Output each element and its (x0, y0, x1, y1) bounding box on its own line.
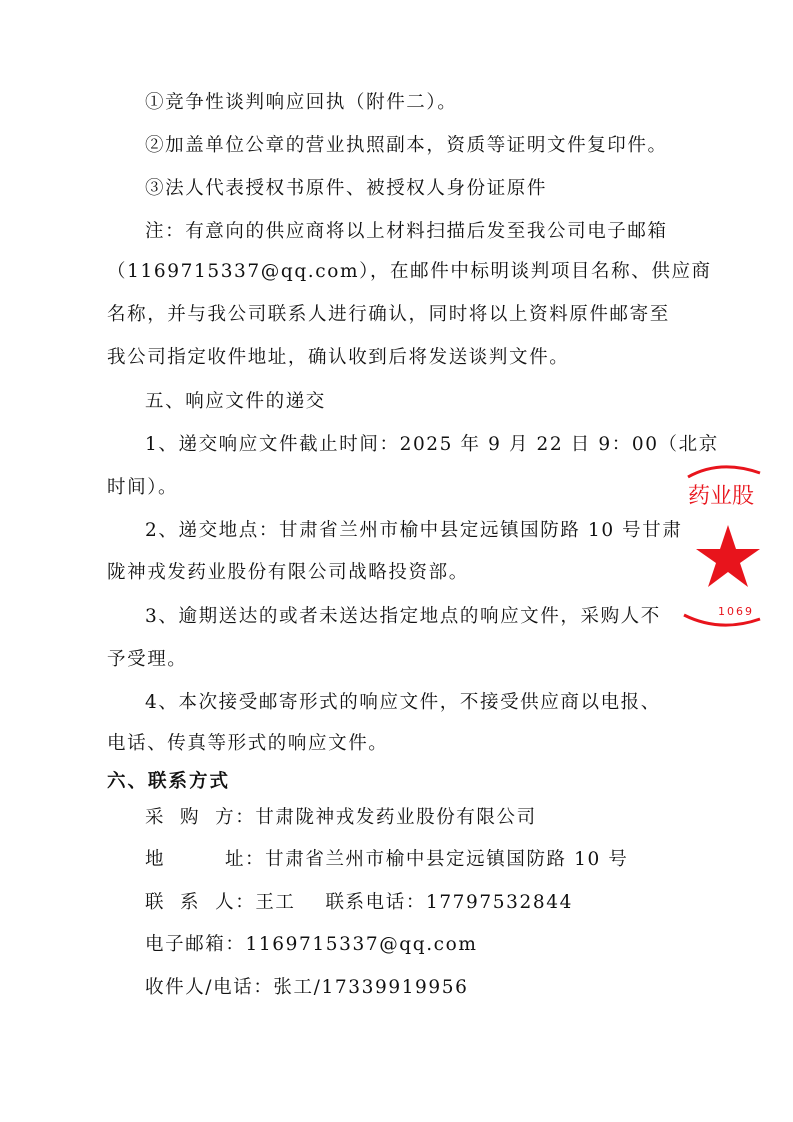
note-line-2: （1169715337@qq.com），在邮件中标明谈判项目名称、供应商 (107, 257, 712, 287)
contact-recipient: 收件人/电话：张工/17339919956 (145, 973, 469, 1003)
contact-email: 电子邮箱：1169715337@qq.com (145, 930, 478, 960)
section-5-p4-line-2: 电话、传真等形式的响应文件。 (107, 729, 388, 759)
contact-person-phone: 联 系 人：王工 联系电话：17797532844 (145, 888, 573, 918)
section-5-p1-line-2: 时间）。 (107, 473, 178, 503)
contact-purchaser: 采 购 方：甘肃陇神戎发药业股份有限公司 (145, 803, 537, 833)
note-line-3: 名称，并与我公司联系人进行确认，同时将以上资料原件邮寄至 (107, 300, 670, 330)
note-line-4: 我公司指定收件地址，确认收到后将发送谈判文件。 (107, 343, 569, 373)
section-5-p2-line-1: 2、递交地点：甘肃省兰州市榆中县定远镇国防路 10 号甘肃 (145, 516, 682, 546)
section-5-p4-line-1: 4、本次接受邮寄形式的响应文件，不接受供应商以电报、 (145, 688, 661, 718)
note-line-1: 注：有意向的供应商将以上材料扫描后发至我公司电子邮箱 (145, 217, 668, 247)
attachment-item-3: ③法人代表授权书原件、被授权人身份证原件 (145, 174, 547, 204)
svg-text:药业股: 药业股 (688, 484, 754, 509)
section-5-heading: 五、响应文件的递交 (145, 387, 326, 417)
section-5-p3-line-2: 予受理。 (107, 645, 187, 675)
attachment-item-1: ①竞争性谈判响应回执（附件二）。 (145, 88, 457, 118)
svg-text:1069: 1069 (718, 605, 754, 618)
section-6-heading: 六、联系方式 (107, 767, 230, 797)
section-5-p1-line-1: 1、递交响应文件截止时间：2025 年 9 月 22 日 9：00（北京 (145, 430, 719, 460)
section-5-p3-line-1: 3、逾期送达的或者未送达指定地点的响应文件，采购人不 (145, 602, 661, 632)
contact-address: 地 址：甘肃省兰州市榆中县定远镇国防路 10 号 (145, 845, 628, 875)
section-5-p2-line-2: 陇神戎发药业股份有限公司战略投资部。 (107, 558, 469, 588)
company-seal-stamp: 药业股 1069 (680, 455, 793, 635)
seal-star-icon: 药业股 1069 (680, 455, 793, 635)
attachment-item-2: ②加盖单位公章的营业执照副本，资质等证明文件复印件。 (145, 131, 668, 161)
